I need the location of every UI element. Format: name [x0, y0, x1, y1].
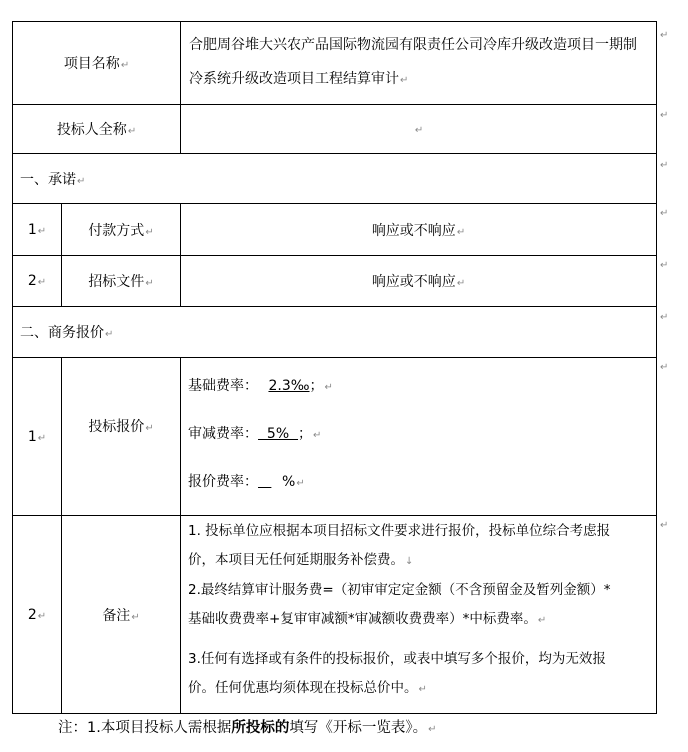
remark-line: 价。任何优惠均须体现在投标总价中。↵	[181, 674, 656, 704]
offer-rate-line: 报价费率： %↵	[181, 459, 656, 507]
paragraph-mark: ↵	[121, 60, 129, 71]
reduction-rate-line: 审减费率： 5% ；↵	[181, 411, 656, 459]
commitment-row-payment: 1↵ 付款方式↵ 响应或不响应↵	[13, 204, 657, 256]
paragraph-mark: ↵	[400, 75, 408, 86]
remark-line: 价，本项目无任何延期服务补偿费。↓	[181, 546, 656, 576]
footnote-bold: 所投标的	[231, 720, 289, 736]
row-end-mark: ↵	[660, 208, 668, 219]
commitment-row-tender-docs: 2↵ 招标文件↵ 响应或不响应↵	[13, 256, 657, 307]
payment-method-response[interactable]: 响应或不响应↵	[181, 204, 657, 256]
footnote-suffix: 填写《开标一览表》。	[289, 720, 427, 736]
remark-line: 2.最终结算审计服务费=（初审审定定金额（不含预留金及暂列金额）*	[181, 576, 656, 605]
section-business-quote-title: 二、商务报价	[20, 325, 104, 341]
row-number: 2↵	[13, 256, 62, 307]
bid-form-table: 项目名称↵ 合肥周谷堆大兴农产品国际物流园有限责任公司冷库升级改造项目一期制冷系…	[12, 21, 657, 714]
row-number: 1↵	[13, 358, 62, 516]
reduction-rate-label: 审减费率：	[188, 426, 258, 442]
base-rate-line: 基础费率： 2.3‰；↵	[181, 363, 656, 411]
tender-documents-label: 招标文件↵	[62, 256, 181, 307]
paragraph-mark: ↵	[128, 126, 136, 137]
section-business-quote-heading: 二、商务报价↵	[13, 307, 657, 358]
row-end-mark: ↵	[660, 160, 668, 171]
remarks-content: 1. 投标单位应根据本项目招标文件要求进行报价，投标单位综合考虑报 价，本项目无…	[181, 516, 657, 714]
section-commitment-heading: 一、承诺↵	[13, 154, 657, 204]
row-end-mark: ↵	[660, 520, 668, 531]
remark-line: 3.任何有选择或有条件的投标报价，或表中填写多个报价，均为无效报	[181, 645, 656, 674]
row-end-mark: ↵	[660, 362, 668, 373]
bid-quote-label: 投标报价↵	[62, 358, 181, 516]
bidder-name-label: 投标人全称	[57, 122, 127, 138]
footnote: 注：1.本项目投标人需根据所投标的填写《开标一览表》。↵	[58, 716, 436, 737]
paragraph-mark: ↵	[415, 125, 423, 136]
payment-method-label: 付款方式↵	[62, 204, 181, 256]
row-end-mark: ↵	[660, 30, 668, 41]
project-name-value: 合肥周谷堆大兴农产品国际物流园有限责任公司冷库升级改造项目一期制冷系统升级改造项…	[189, 37, 637, 87]
section-business-quote-row: 二、商务报价↵	[13, 307, 657, 358]
bid-quote-rates-cell: 基础费率： 2.3‰；↵ 审减费率： 5% ；↵ 报价费率： %↵	[181, 358, 657, 516]
remark-line: 1. 投标单位应根据本项目招标文件要求进行报价，投标单位综合考虑报	[181, 517, 656, 546]
remarks-label: 备注↵	[62, 516, 181, 714]
row-end-mark: ↵	[660, 312, 668, 323]
document-page: 项目名称↵ 合肥周谷堆大兴农产品国际物流园有限责任公司冷库升级改造项目一期制冷系…	[0, 0, 688, 752]
bidder-name-row: 投标人全称↵ ↵	[13, 105, 657, 154]
row-number: 2↵	[13, 516, 62, 714]
base-rate-value[interactable]: 2.3‰	[268, 378, 309, 394]
row-end-mark: ↵	[660, 260, 668, 271]
project-name-value-cell[interactable]: 合肥周谷堆大兴农产品国际物流园有限责任公司冷库升级改造项目一期制冷系统升级改造项…	[181, 22, 657, 105]
row-number: 1↵	[13, 204, 62, 256]
section-commitment-title: 一、承诺	[20, 172, 76, 188]
reduction-rate-value[interactable]: 5%	[258, 426, 298, 442]
bidder-name-label-cell: 投标人全称↵	[13, 105, 181, 154]
offer-rate-input[interactable]	[258, 459, 282, 506]
paragraph-mark: ↵	[77, 176, 85, 187]
remark-line: 基础收费费率+复审审减额*审减额收费费率）*中标费率。↵	[181, 605, 656, 635]
bid-quote-row: 1↵ 投标报价↵ 基础费率： 2.3‰；↵ 审减费率： 5% ；↵ 报价费率： …	[13, 358, 657, 516]
project-name-label: 项目名称	[64, 56, 120, 72]
remarks-row: 2↵ 备注↵ 1. 投标单位应根据本项目招标文件要求进行报价，投标单位综合考虑报…	[13, 516, 657, 714]
row-end-mark: ↵	[660, 110, 668, 121]
project-name-label-cell: 项目名称↵	[13, 22, 181, 105]
bidder-name-input-cell[interactable]: ↵	[181, 105, 657, 154]
section-commitment-row: 一、承诺↵	[13, 154, 657, 204]
project-name-row: 项目名称↵ 合肥周谷堆大兴农产品国际物流园有限责任公司冷库升级改造项目一期制冷系…	[13, 22, 657, 105]
tender-documents-response[interactable]: 响应或不响应↵	[181, 256, 657, 307]
base-rate-label: 基础费率：	[188, 378, 258, 394]
footnote-prefix: 注：1.本项目投标人需根据	[58, 720, 231, 736]
offer-rate-label: 报价费率：	[188, 474, 258, 490]
